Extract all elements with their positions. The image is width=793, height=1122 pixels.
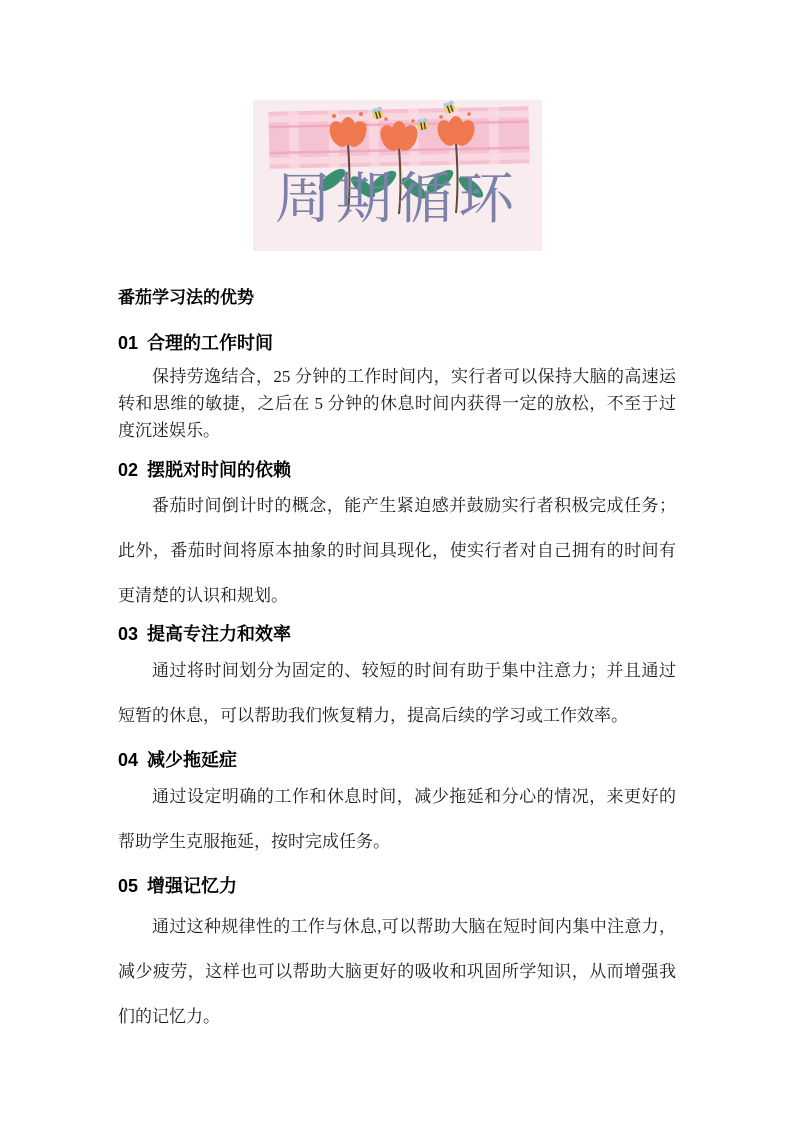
section-paragraph: 保持劳逸结合，25 分钟的工作时间内，实行者可以保持大脑的高速运转和思维的敏捷，… (118, 363, 676, 444)
banner-title: 周期循环 (253, 170, 542, 229)
section-heading: 04减少拖延症 (118, 750, 676, 770)
section-02: 02摆脱对时间的依赖 番茄时间倒计时的概念，能产生紧迫感并鼓励实行者积极完成任务… (118, 460, 676, 618)
document-page: 周期循环 番茄学习法的优势 01合理的工作时间 保持劳逸结合，25 分钟的工作时… (0, 0, 793, 1122)
section-title: 增强记忆力 (147, 876, 237, 896)
section-heading: 02摆脱对时间的依赖 (118, 460, 676, 480)
section-paragraph: 通过这种规律性的工作与休息,可以帮助大脑在短时间内集中注意力，减少疲劳，这样也可… (118, 904, 676, 1039)
section-paragraph: 通过将时间划分为固定的、较短的时间有助于集中注意力；并且通过短暂的休息，可以帮助… (118, 648, 676, 738)
section-heading: 01合理的工作时间 (118, 333, 676, 353)
section-heading: 03提高专注力和效率 (118, 624, 676, 644)
section-number: 02 (118, 460, 138, 480)
section-title: 减少拖延症 (147, 750, 237, 770)
document-body: 番茄学习法的优势 01合理的工作时间 保持劳逸结合，25 分钟的工作时间内，实行… (118, 288, 676, 1039)
section-paragraph: 番茄时间倒计时的概念，能产生紧迫感并鼓励实行者积极完成任务；此外，番茄时间将原本… (118, 483, 676, 618)
section-01: 01合理的工作时间 保持劳逸结合，25 分钟的工作时间内，实行者可以保持大脑的高… (118, 333, 676, 444)
section-number: 03 (118, 624, 138, 644)
section-paragraph: 通过设定明确的工作和休息时间，减少拖延和分心的情况，来更好的帮助学生克服拖延，按… (118, 774, 676, 864)
decorative-banner: 周期循环 (253, 100, 542, 251)
section-title: 提高专注力和效率 (147, 624, 291, 644)
section-03: 03提高专注力和效率 通过将时间划分为固定的、较短的时间有助于集中注意力；并且通… (118, 624, 676, 738)
section-heading: 05增强记忆力 (118, 876, 676, 896)
section-number: 01 (118, 333, 138, 353)
section-number: 05 (118, 876, 138, 896)
section-05: 05增强记忆力 通过这种规律性的工作与休息,可以帮助大脑在短时间内集中注意力，减… (118, 876, 676, 1039)
section-04: 04减少拖延症 通过设定明确的工作和休息时间，减少拖延和分心的情况，来更好的帮助… (118, 750, 676, 864)
document-title: 番茄学习法的优势 (118, 288, 676, 308)
section-title: 摆脱对时间的依赖 (147, 460, 291, 480)
section-number: 04 (118, 750, 138, 770)
section-title: 合理的工作时间 (147, 333, 273, 353)
